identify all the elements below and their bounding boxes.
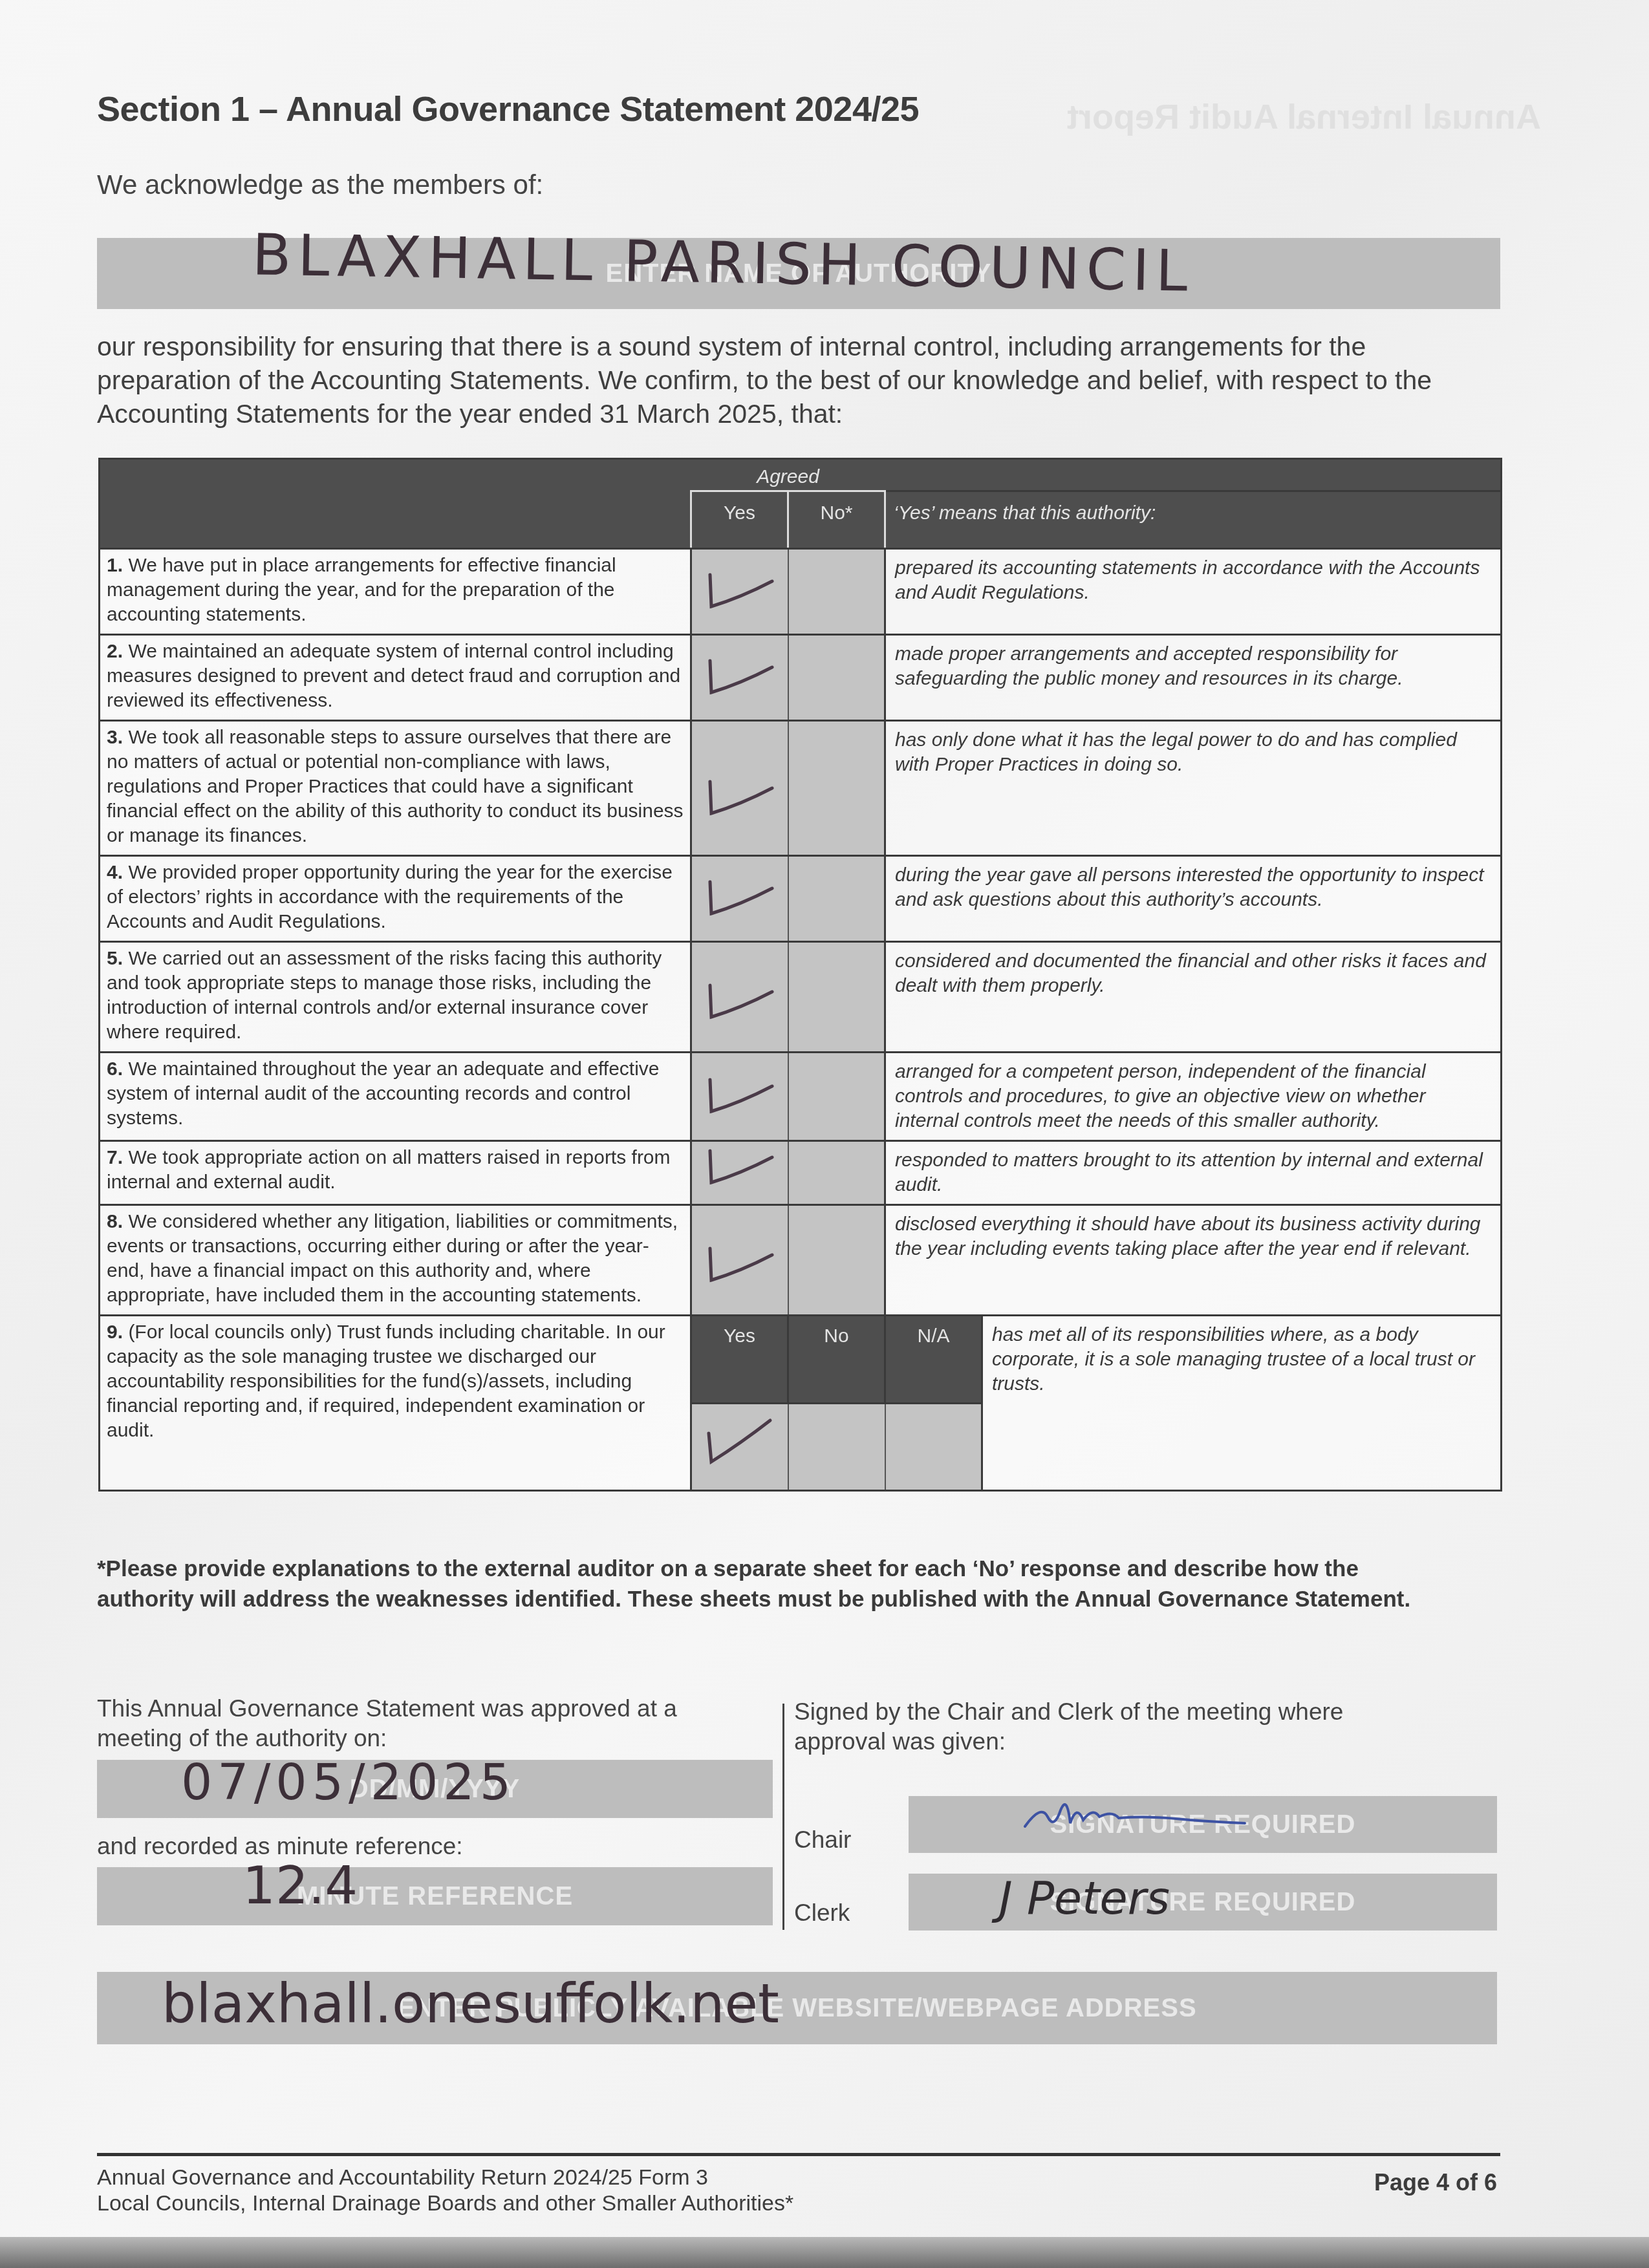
chair-signature-mark — [1022, 1791, 1255, 1843]
header-blank-right — [885, 459, 1502, 491]
footnote: *Please provide explanations to the exte… — [97, 1554, 1455, 1614]
footer-line-1: Annual Governance and Accountability Ret… — [97, 2165, 793, 2190]
row9-na-checkbox[interactable] — [885, 1404, 982, 1491]
checkmark-icon — [702, 638, 780, 696]
page-number: Page 4 of 6 — [1374, 2169, 1497, 2196]
checkmark-icon — [702, 1057, 780, 1115]
statement-body: We maintained an adequate system of inte… — [107, 641, 680, 711]
page-title: Section 1 – Annual Governance Statement … — [97, 89, 919, 129]
statement-text: 5. We carried out an assessment of the r… — [100, 942, 691, 1053]
statement-body: We took all reasonable steps to assure o… — [107, 727, 684, 846]
statement-text: 3. We took all reasonable steps to assur… — [100, 721, 691, 856]
statement-number: 5. — [107, 948, 123, 969]
governance-table: Agreed Yes No* ‘Yes’ means that this aut… — [98, 458, 1502, 1492]
table-row: 7. We took appropriate action on all mat… — [100, 1141, 1502, 1205]
statement-body: We maintained throughout the year an ade… — [107, 1058, 660, 1129]
statement-body: We carried out an assessment of the risk… — [107, 948, 662, 1043]
statement-number: 3. — [107, 727, 123, 748]
yes-meaning: made proper arrangements and accepted re… — [885, 635, 1502, 721]
checkmark-icon — [702, 1128, 780, 1186]
yes-checkbox[interactable] — [691, 1205, 788, 1316]
footer-line-2: Local Councils, Internal Drainage Boards… — [97, 2190, 793, 2216]
statement-number: 6. — [107, 1058, 123, 1080]
statement-body: We have put in place arrangements for ef… — [107, 555, 616, 625]
statement-number: 2. — [107, 641, 123, 662]
statement-number: 7. — [107, 1147, 123, 1168]
meaning-9: has met all of its responsibilities wher… — [982, 1316, 1502, 1491]
statement-9: 9. (For local councils only) Trust funds… — [100, 1316, 691, 1491]
chair-label: Chair — [794, 1826, 851, 1854]
table-row: 6. We maintained throughout the year an … — [100, 1053, 1502, 1141]
yes-checkbox[interactable] — [691, 942, 788, 1053]
row9-no-checkbox[interactable] — [788, 1404, 885, 1491]
scan-edge — [0, 2237, 1649, 2268]
intro-paragraph: our responsibility for ensuring that the… — [97, 330, 1487, 431]
footer-divider — [97, 2153, 1500, 2156]
clerk-signature-placeholder: SIGNATURE REQUIRED — [909, 1888, 1497, 1917]
yes-meaning: responded to matters brought to its atte… — [885, 1141, 1502, 1205]
clerk-label: Clerk — [794, 1899, 850, 1927]
yes-meaning: during the year gave all persons interes… — [885, 856, 1502, 942]
minute-reference-field[interactable]: MINUTE REFERENCE — [97, 1867, 773, 1925]
statement-number: 1. — [107, 555, 123, 576]
statement-body: We took appropriate action on all matter… — [107, 1147, 671, 1193]
minute-reference-placeholder: MINUTE REFERENCE — [97, 1882, 773, 1911]
checkmark-icon — [702, 859, 780, 917]
no-checkbox[interactable] — [788, 1053, 885, 1141]
header-no: No* — [788, 491, 885, 549]
table-row-9: 9. (For local councils only) Trust funds… — [100, 1316, 1502, 1404]
table-row: 3. We took all reasonable steps to assur… — [100, 721, 1502, 856]
clerk-signature-field[interactable]: SIGNATURE REQUIRED — [909, 1874, 1497, 1931]
no-checkbox[interactable] — [788, 942, 885, 1053]
yes-checkbox[interactable] — [691, 549, 788, 635]
yes-checkbox[interactable] — [691, 721, 788, 856]
divider-line — [782, 1704, 784, 1930]
bleed-through-text: Annual Internal Audit Report — [1067, 97, 1541, 137]
no-checkbox[interactable] — [788, 549, 885, 635]
table-row: 4. We provided proper opportunity during… — [100, 856, 1502, 942]
statement-text: 2. We maintained an adequate system of i… — [100, 635, 691, 721]
table-row: 8. We considered whether any litigation,… — [100, 1205, 1502, 1316]
footer-form-info: Annual Governance and Accountability Ret… — [97, 2165, 793, 2216]
no-checkbox[interactable] — [788, 1141, 885, 1205]
yes-checkbox[interactable] — [691, 856, 788, 942]
yes-meaning: prepared its accounting statements in ac… — [885, 549, 1502, 635]
yes-checkbox[interactable] — [691, 635, 788, 721]
table-row: 1. We have put in place arrangements for… — [100, 549, 1502, 635]
statement-text: 4. We provided proper opportunity during… — [100, 856, 691, 942]
checkmark-icon — [702, 1407, 780, 1466]
acknowledge-label: We acknowledge as the members of: — [97, 169, 543, 200]
table-row: 5. We carried out an assessment of the r… — [100, 942, 1502, 1053]
yes-meaning: arranged for a competent person, indepen… — [885, 1053, 1502, 1141]
yes-meaning: considered and documented the financial … — [885, 942, 1502, 1053]
meeting-date-handwritten: 07/05/2025 — [181, 1753, 516, 1811]
approval-text: This Annual Governance Statement was app… — [97, 1694, 731, 1753]
header-agreed: Agreed — [691, 459, 885, 491]
row9-header-yes: Yes — [691, 1316, 788, 1404]
checkmark-icon — [702, 759, 780, 817]
statement-text: 1. We have put in place arrangements for… — [100, 549, 691, 635]
statement-body: We considered whether any litigation, li… — [107, 1211, 678, 1306]
website-handwritten: blaxhall.onesuffolk.net — [162, 1972, 779, 2035]
statement-text: 6. We maintained throughout the year an … — [100, 1053, 691, 1141]
yes-checkbox[interactable] — [691, 1141, 788, 1205]
yes-checkbox[interactable] — [691, 1053, 788, 1141]
minute-reference-handwritten: 12.4 — [242, 1856, 358, 1916]
row9-header-no: No — [788, 1316, 885, 1404]
statement-text: 7. We took appropriate action on all mat… — [100, 1141, 691, 1205]
yes-meaning: has only done what it has the legal powe… — [885, 721, 1502, 856]
statement-number: 8. — [107, 1211, 123, 1232]
yes-meaning: disclosed everything it should have abou… — [885, 1205, 1502, 1316]
statement-text: 8. We considered whether any litigation,… — [100, 1205, 691, 1316]
header-blank — [100, 459, 691, 549]
statement-body: We provided proper opportunity during th… — [107, 862, 673, 932]
row9-yes-checkbox[interactable] — [691, 1404, 788, 1491]
checkmark-icon — [702, 552, 780, 610]
table-row: 2. We maintained an adequate system of i… — [100, 635, 1502, 721]
signed-by-text: Signed by the Chair and Clerk of the mee… — [794, 1697, 1441, 1757]
no-checkbox[interactable] — [788, 1205, 885, 1316]
checkmark-icon — [702, 1226, 780, 1284]
checkmark-icon — [702, 963, 780, 1021]
no-checkbox[interactable] — [788, 721, 885, 856]
header-yes-means: ‘Yes’ means that this authority: — [885, 491, 1502, 549]
row9-header-na: N/A — [885, 1316, 982, 1404]
clerk-signature-handwritten: J Peters — [999, 1872, 1170, 1925]
no-checkbox[interactable] — [788, 856, 885, 942]
statement-number: 4. — [107, 862, 123, 883]
header-yes: Yes — [691, 491, 788, 549]
no-checkbox[interactable] — [788, 635, 885, 721]
